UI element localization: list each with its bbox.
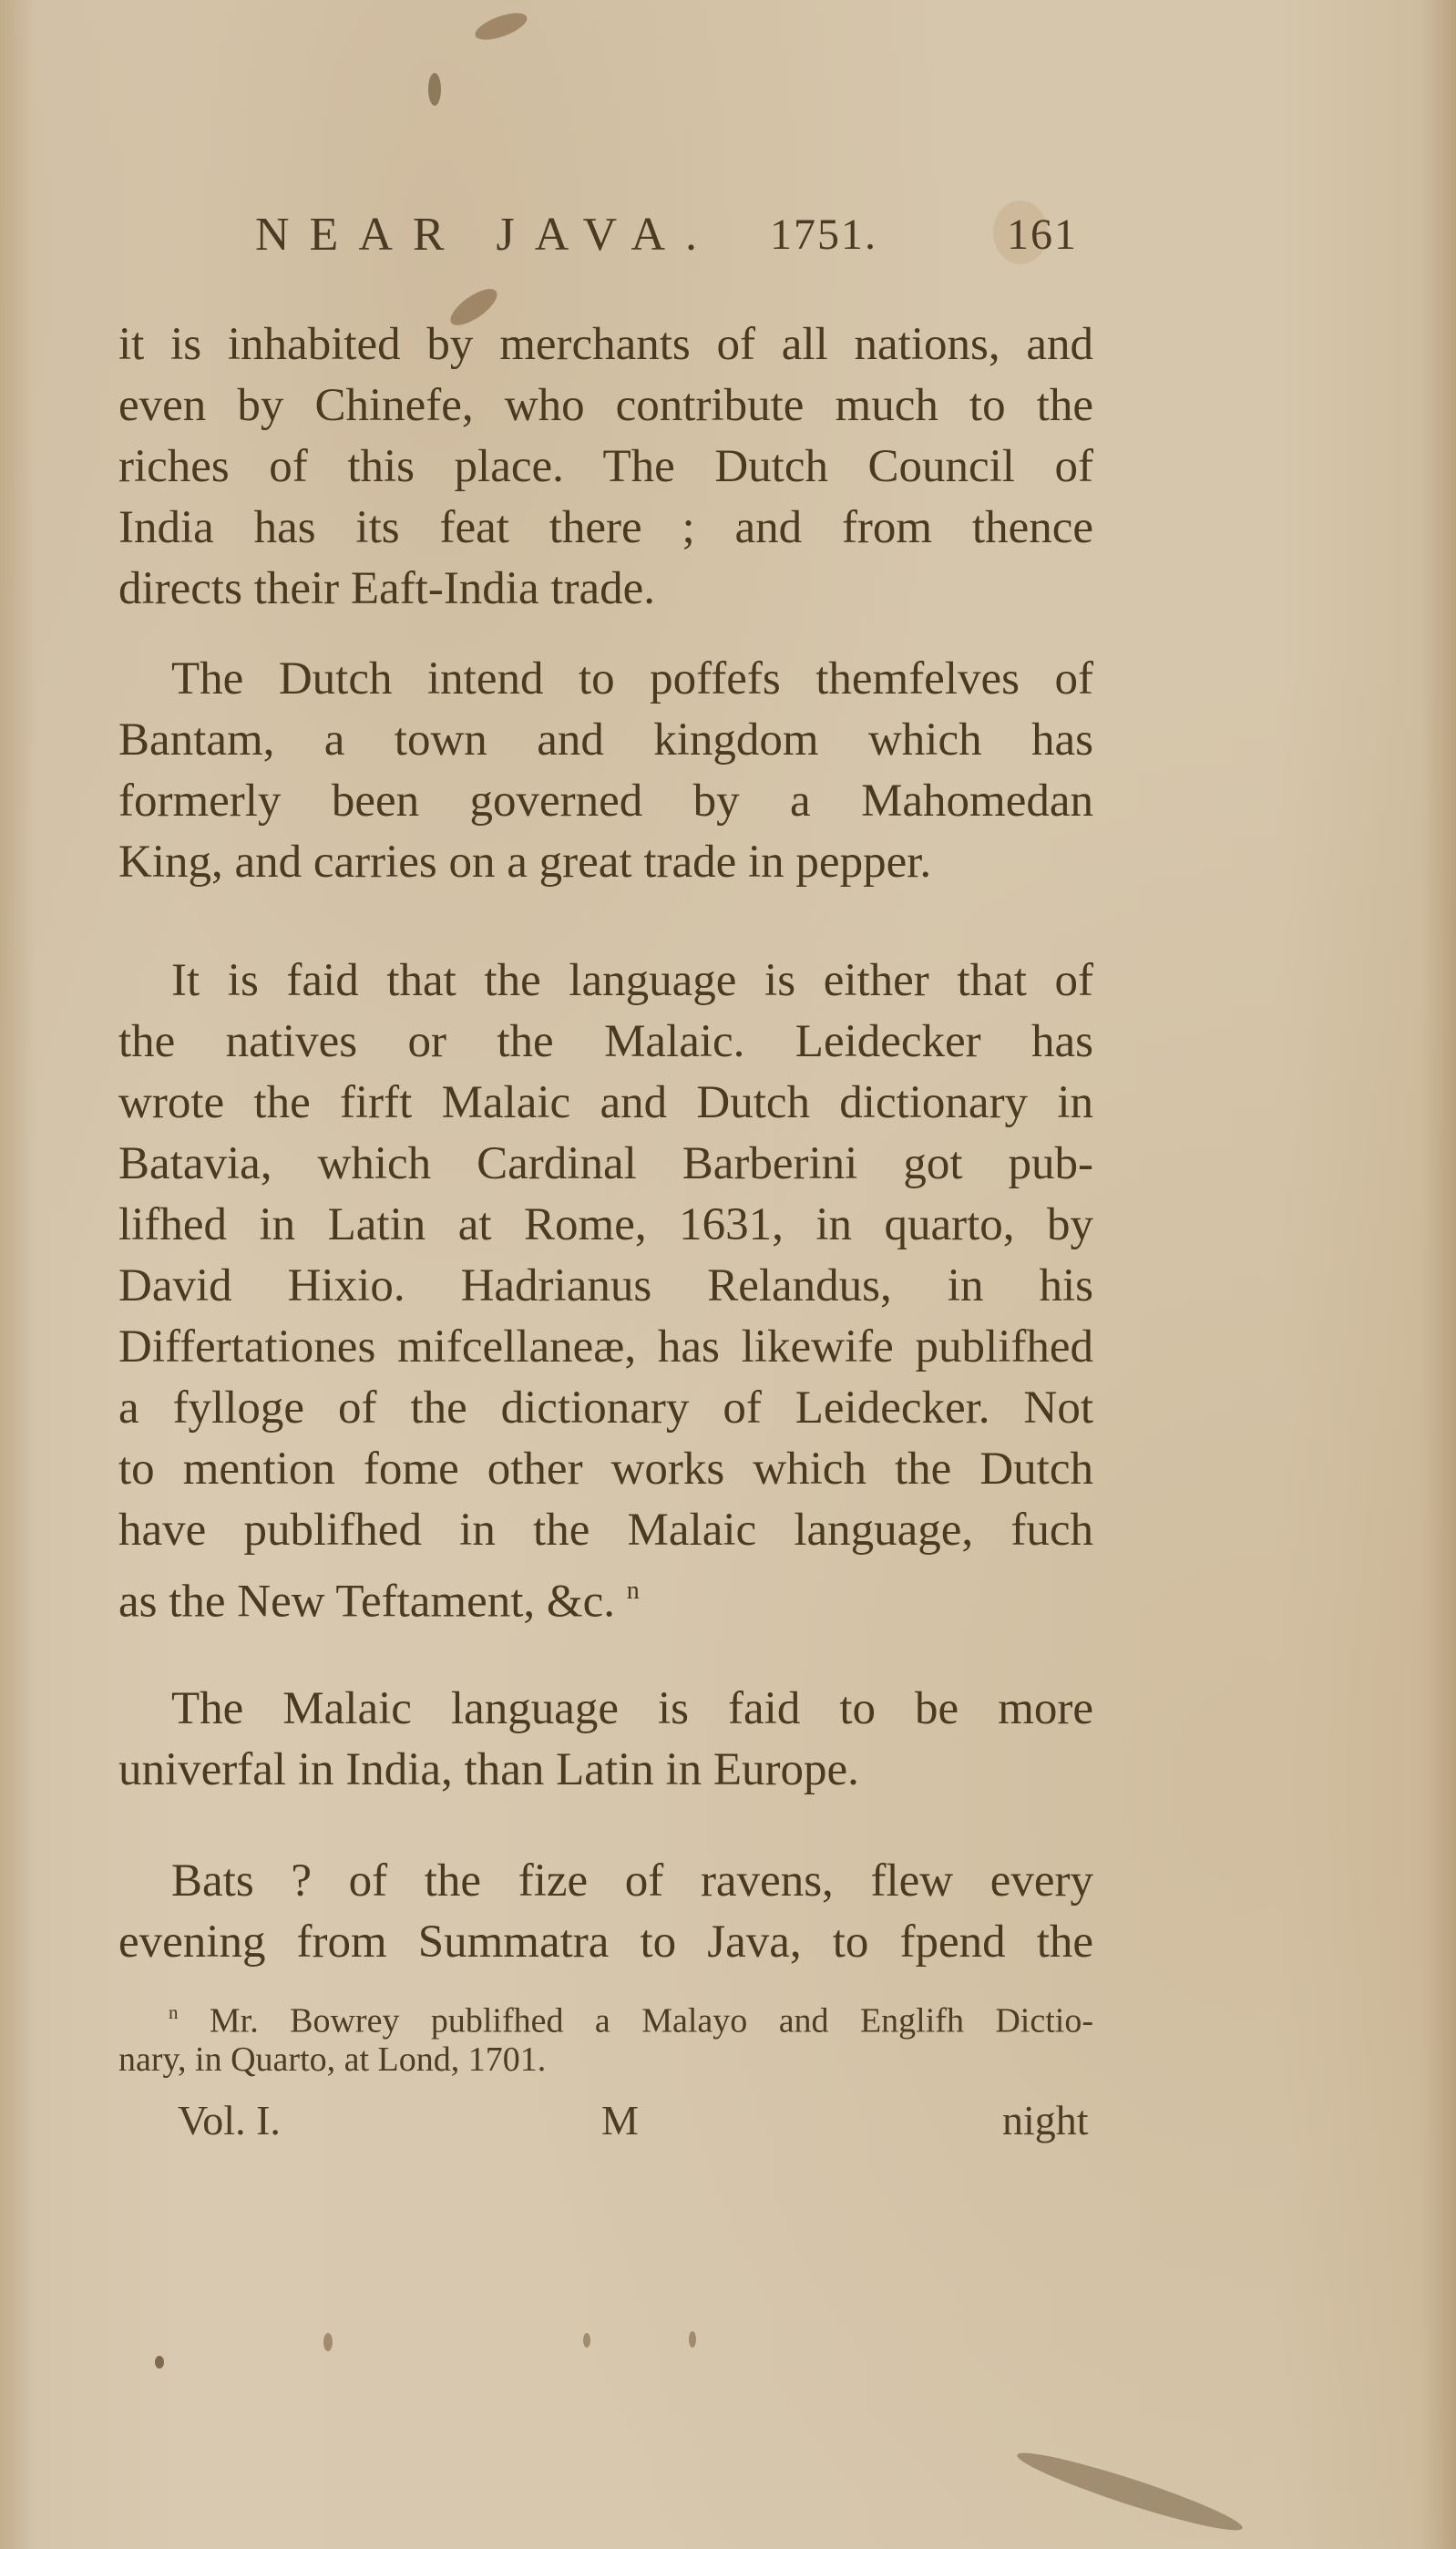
text-line: wrote the firft Malaic and Dutch diction… — [118, 1075, 1093, 1130]
book-page: NEAR JAVA. 1751. 161 it is inhabited by … — [0, 0, 1456, 2549]
text-line: have publifhed in the Malaic language, f… — [118, 1503, 1093, 1557]
footnote-marker: n — [627, 1577, 640, 1605]
header-year: 1751. — [770, 210, 877, 260]
text-line: it is inhabited by merchants of all nati… — [118, 317, 1093, 372]
text-line: Bats ? of the fize of ravens, flew every — [171, 1854, 1093, 1908]
page-number: 161 — [1007, 210, 1078, 260]
text-line: formerly been governed by a Mahomedan — [118, 774, 1093, 828]
paper-stain — [428, 73, 441, 106]
text-line: King, and carries on a great trade in pe… — [118, 835, 1093, 889]
text-line: as the New Teftament, &c. n — [118, 1564, 1093, 1629]
text-line: evening from Summatra to Java, to fpend … — [118, 1915, 1093, 1969]
text-line: It is faid that the language is either t… — [171, 953, 1093, 1008]
text-line: David Hixio. Hadrianus Relandus, in his — [118, 1259, 1093, 1313]
text-line: The Dutch intend to poffefs themfelves o… — [171, 652, 1093, 706]
header-title: NEAR JAVA. — [255, 208, 717, 262]
text-line: directs their Eaft-India trade. — [118, 561, 1093, 616]
text-line: the natives or the Malaic. Leidecker has — [118, 1014, 1093, 1069]
text-line-content: as the New Teftament, &c. — [118, 1577, 615, 1628]
paper-stain — [155, 2356, 164, 2369]
text-line: to mention fome other works which the Du… — [118, 1442, 1093, 1496]
catchword: night — [1002, 2096, 1089, 2144]
footnote-line: n Mr. Bowrey publifhed a Malayo and Engl… — [169, 1991, 1093, 2042]
text-line: Batavia, which Cardinal Barberini got pu… — [118, 1136, 1093, 1191]
running-header: NEAR JAVA. 1751. 161 — [255, 208, 1093, 281]
footnote-marker: n — [169, 2001, 178, 2023]
text-line: univerfal in India, than Latin in Europe… — [118, 1742, 1093, 1797]
paper-stain — [323, 2333, 333, 2351]
volume-label: Vol. I. — [178, 2096, 281, 2144]
paper-stain — [1013, 2443, 1246, 2541]
text-line: India has its feat there ; and from then… — [118, 500, 1093, 555]
text-line: lifhed in Latin at Rome, 1631, in quarto… — [118, 1197, 1093, 1252]
paper-stain — [689, 2331, 696, 2348]
paper-stain — [583, 2333, 590, 2348]
text-line: Differtationes mifcellaneæ, has likewife… — [118, 1320, 1093, 1374]
paper-stain — [472, 7, 530, 45]
footnote-line: nary, in Quarto, at Lond, 1701. — [118, 2039, 1093, 2081]
signature-mark: M — [601, 2096, 639, 2144]
text-line: even by Chinefe, who contribute much to … — [118, 378, 1093, 433]
text-line: riches of this place. The Dutch Council … — [118, 439, 1093, 494]
text-line: a fylloge of the dictionary of Leidecker… — [118, 1381, 1093, 1435]
footnote-text: Mr. Bowrey publifhed a Malayo and Englif… — [210, 2002, 1093, 2040]
text-line: Bantam, a town and kingdom which has — [118, 713, 1093, 767]
text-line: The Malaic language is faid to be more — [171, 1681, 1093, 1736]
